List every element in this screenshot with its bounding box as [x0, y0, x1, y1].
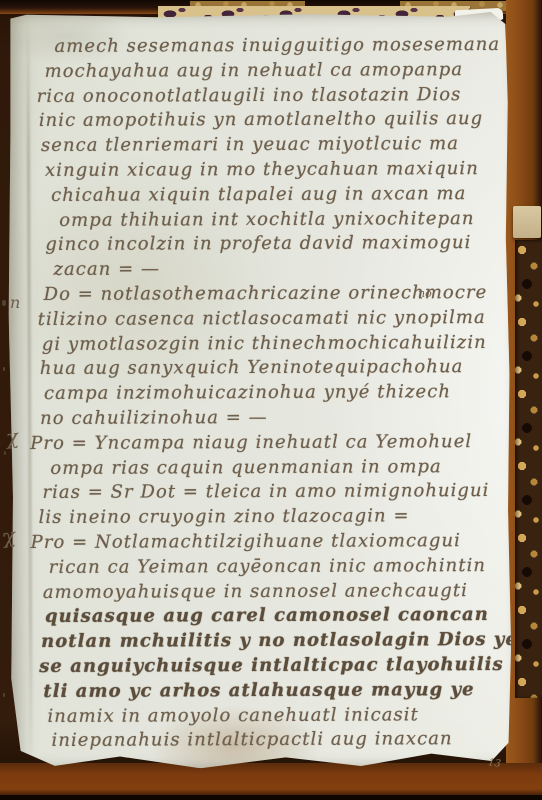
manuscript-line: iniepanahuis intlalticpactli aug inaxcan	[31, 727, 501, 754]
manuscript-line: senca tlenriemari in yeuac miyotlcuic ma	[29, 132, 499, 159]
manuscript-line: zacan = —	[29, 256, 499, 283]
manuscript-line: hua aug sanyxquich Yeninotequipachohua	[30, 355, 500, 382]
manuscript-line: ompa thihuian int xochitla ynixochitepan	[29, 207, 499, 234]
manuscript-line: rica onoconotlatlaugili ino tlasotazin D…	[29, 83, 499, 110]
manuscript-page: amech sesemanas inuigguitigo mosesemanam…	[6, 12, 511, 769]
manuscript-line: xinguin xicaug in mo theycahuan maxiquin	[29, 157, 499, 184]
manuscript-line: lis ineino cruyogin zino tlazocagin =	[31, 504, 501, 531]
manuscript-line: ginco incolzin in profeta david maximogu…	[29, 231, 499, 258]
manuscript-text: amech sesemanas inuigguitigo mosesemanam…	[28, 33, 501, 754]
paragraph-flourish-mark: χ	[2, 525, 17, 546]
manuscript-line: rican ca Yeiman cayēoncan inic amochint…	[31, 554, 501, 581]
manuscript-line: inic amopotihuis yn amotlaneltho quilis …	[29, 107, 499, 134]
paragraph-flourish-mark: χ	[5, 426, 20, 447]
manuscript-line: no cahuilizinohua = —	[30, 405, 500, 432]
page-tab	[513, 206, 541, 238]
margin-note: n	[10, 295, 20, 311]
interline-correction-note: no	[418, 288, 432, 299]
manuscript-line: chicahua xiquin tlapalei aug in axcan ma	[29, 182, 499, 209]
scan-bottom-shadow	[0, 795, 542, 800]
manuscript-line: amomoyahuisque in sannosel anechcaugti	[31, 578, 501, 605]
manuscript-scan: amech sesemanas inuigguitigo mosesemanam…	[0, 0, 542, 800]
manuscript-line: campa inzimohuicazinohua ynyé thizech	[30, 380, 500, 407]
marbled-page-edges	[515, 240, 542, 698]
manuscript-line: tilizino casenca nictlasocamati nic ynop…	[30, 306, 500, 333]
manuscript-line: inamix in amoyolo canehuatl inicasit	[31, 702, 501, 729]
manuscript-line: amech sesemanas inuigguitigo mosesemana	[28, 33, 498, 60]
manuscript-line: ompa rias caquin quenmanian in ompa	[30, 454, 500, 481]
folio-number: 13	[487, 758, 501, 770]
manuscript-line: se anguiychuisque intlalticpac tlayohuil…	[31, 653, 501, 680]
manuscript-line: gi ymotlasozgin inic thinechmochicahuili…	[30, 331, 500, 358]
facing-page-ink-marks	[2, 300, 6, 306]
manuscript-line: notlan mchuilitis y no notlasolagin Dios…	[31, 628, 501, 655]
manuscript-line: mochayahua aug in nehuatl ca amopanpa	[29, 58, 499, 85]
manuscript-line: Pro = Notlamachtilzigihuane tlaxiomcagui	[31, 529, 501, 556]
manuscript-line: rias = Sr Dot = tleica in amo nimignohui…	[30, 479, 500, 506]
manuscript-line: tli amo yc arhos atlahuasque mayug ye	[31, 678, 501, 705]
manuscript-line: quisasque aug carel camonosel caoncan	[31, 603, 501, 630]
manuscript-line: Pro = Yncampa niaug inehuatl ca Yemohuel	[30, 430, 500, 457]
